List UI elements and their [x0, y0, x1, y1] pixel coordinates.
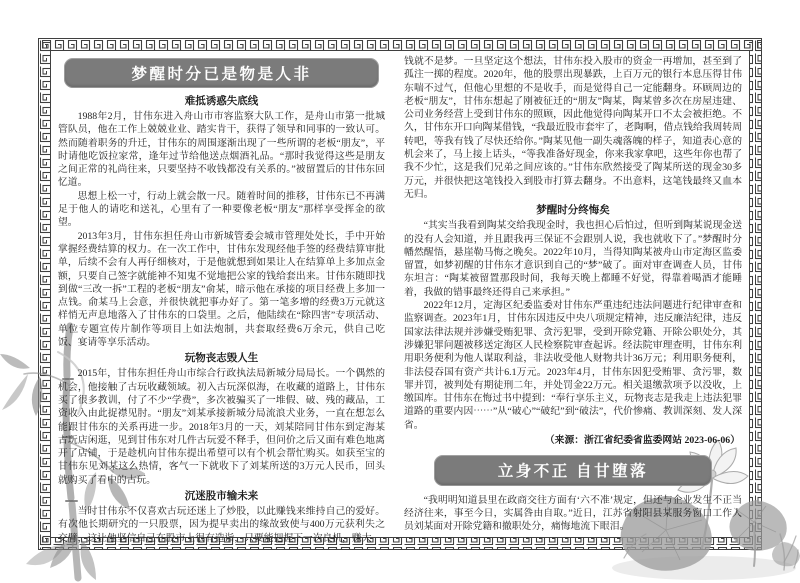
paragraph: “其实当我看到陶某交给我现金时，我也担心后怕过，但听到陶某说现金送的没有人会知道…	[404, 219, 742, 299]
source-citation: （来源：浙江省纪委省监委网站 2023-06-06）	[404, 434, 742, 448]
document-body: 梦醒时分已是物是人非 难抵诱惑失底线 1988年2月，甘伟东进入舟山市市容监察大…	[58, 55, 742, 541]
paragraph: 1988年2月，甘伟东进入舟山市市容监察大队工作，是舟山市第一批城管队员，他在工…	[58, 110, 385, 190]
section-heading-temptation: 难抵诱惑失底线	[58, 95, 385, 108]
title-banner-left-text: 梦醒时分已是物是人非	[131, 62, 311, 84]
section-heading-stocks: 沉迷股市输未来	[58, 490, 385, 503]
title-banner-right-text: 立身不正 自甘堕落	[498, 459, 648, 481]
paragraph: 思想上松一寸，行动上就会散一尺。随着时间的推移，甘伟东已不再满足于他人的请吃和送…	[58, 190, 385, 230]
paragraph: 2022年12月，定海区纪委监委对甘伟东严重违纪违法问题进行纪律审查和监察调查。…	[404, 299, 742, 432]
title-banner-right: 立身不正 自甘堕落	[434, 455, 712, 486]
paragraph: 2013年3月，甘伟东担任舟山市新城管委会城市管理处处长，手中开始掌握经费结算的…	[58, 230, 385, 350]
paragraph-closing: “我明明知道县里在政商交往方面有‘六不准’规定，但还与企业发生不正当经济往来，事…	[404, 494, 742, 534]
title-banner-left: 梦醒时分已是物是人非	[64, 58, 379, 88]
paragraph: 2015年，甘伟东担任舟山市综合行政执法局新城分局局长。一个偶然的机会，他接触了…	[58, 367, 385, 487]
paragraph: 当时甘伟东不仅喜欢古玩还迷上了炒股，以此赚钱来维持自己的爱好。有次他长期研究的一…	[58, 505, 385, 545]
paragraph-continuation: 钱就不是梦。一旦坚定这个想法，甘伟东投入股市的资金一再增加，甚至到了孤注一掷的程…	[404, 55, 742, 201]
section-heading-antiques: 玩物丧志毁人生	[58, 352, 385, 365]
left-column: 梦醒时分已是物是人非 难抵诱惑失底线 1988年2月，甘伟东进入舟山市市容监察大…	[58, 55, 385, 541]
section-heading-regret: 梦醒时分终悔矣	[404, 204, 742, 217]
right-column: 钱就不是梦。一旦坚定这个想法，甘伟东投入股市的资金一再增加，甚至到了孤注一掷的程…	[404, 55, 742, 541]
